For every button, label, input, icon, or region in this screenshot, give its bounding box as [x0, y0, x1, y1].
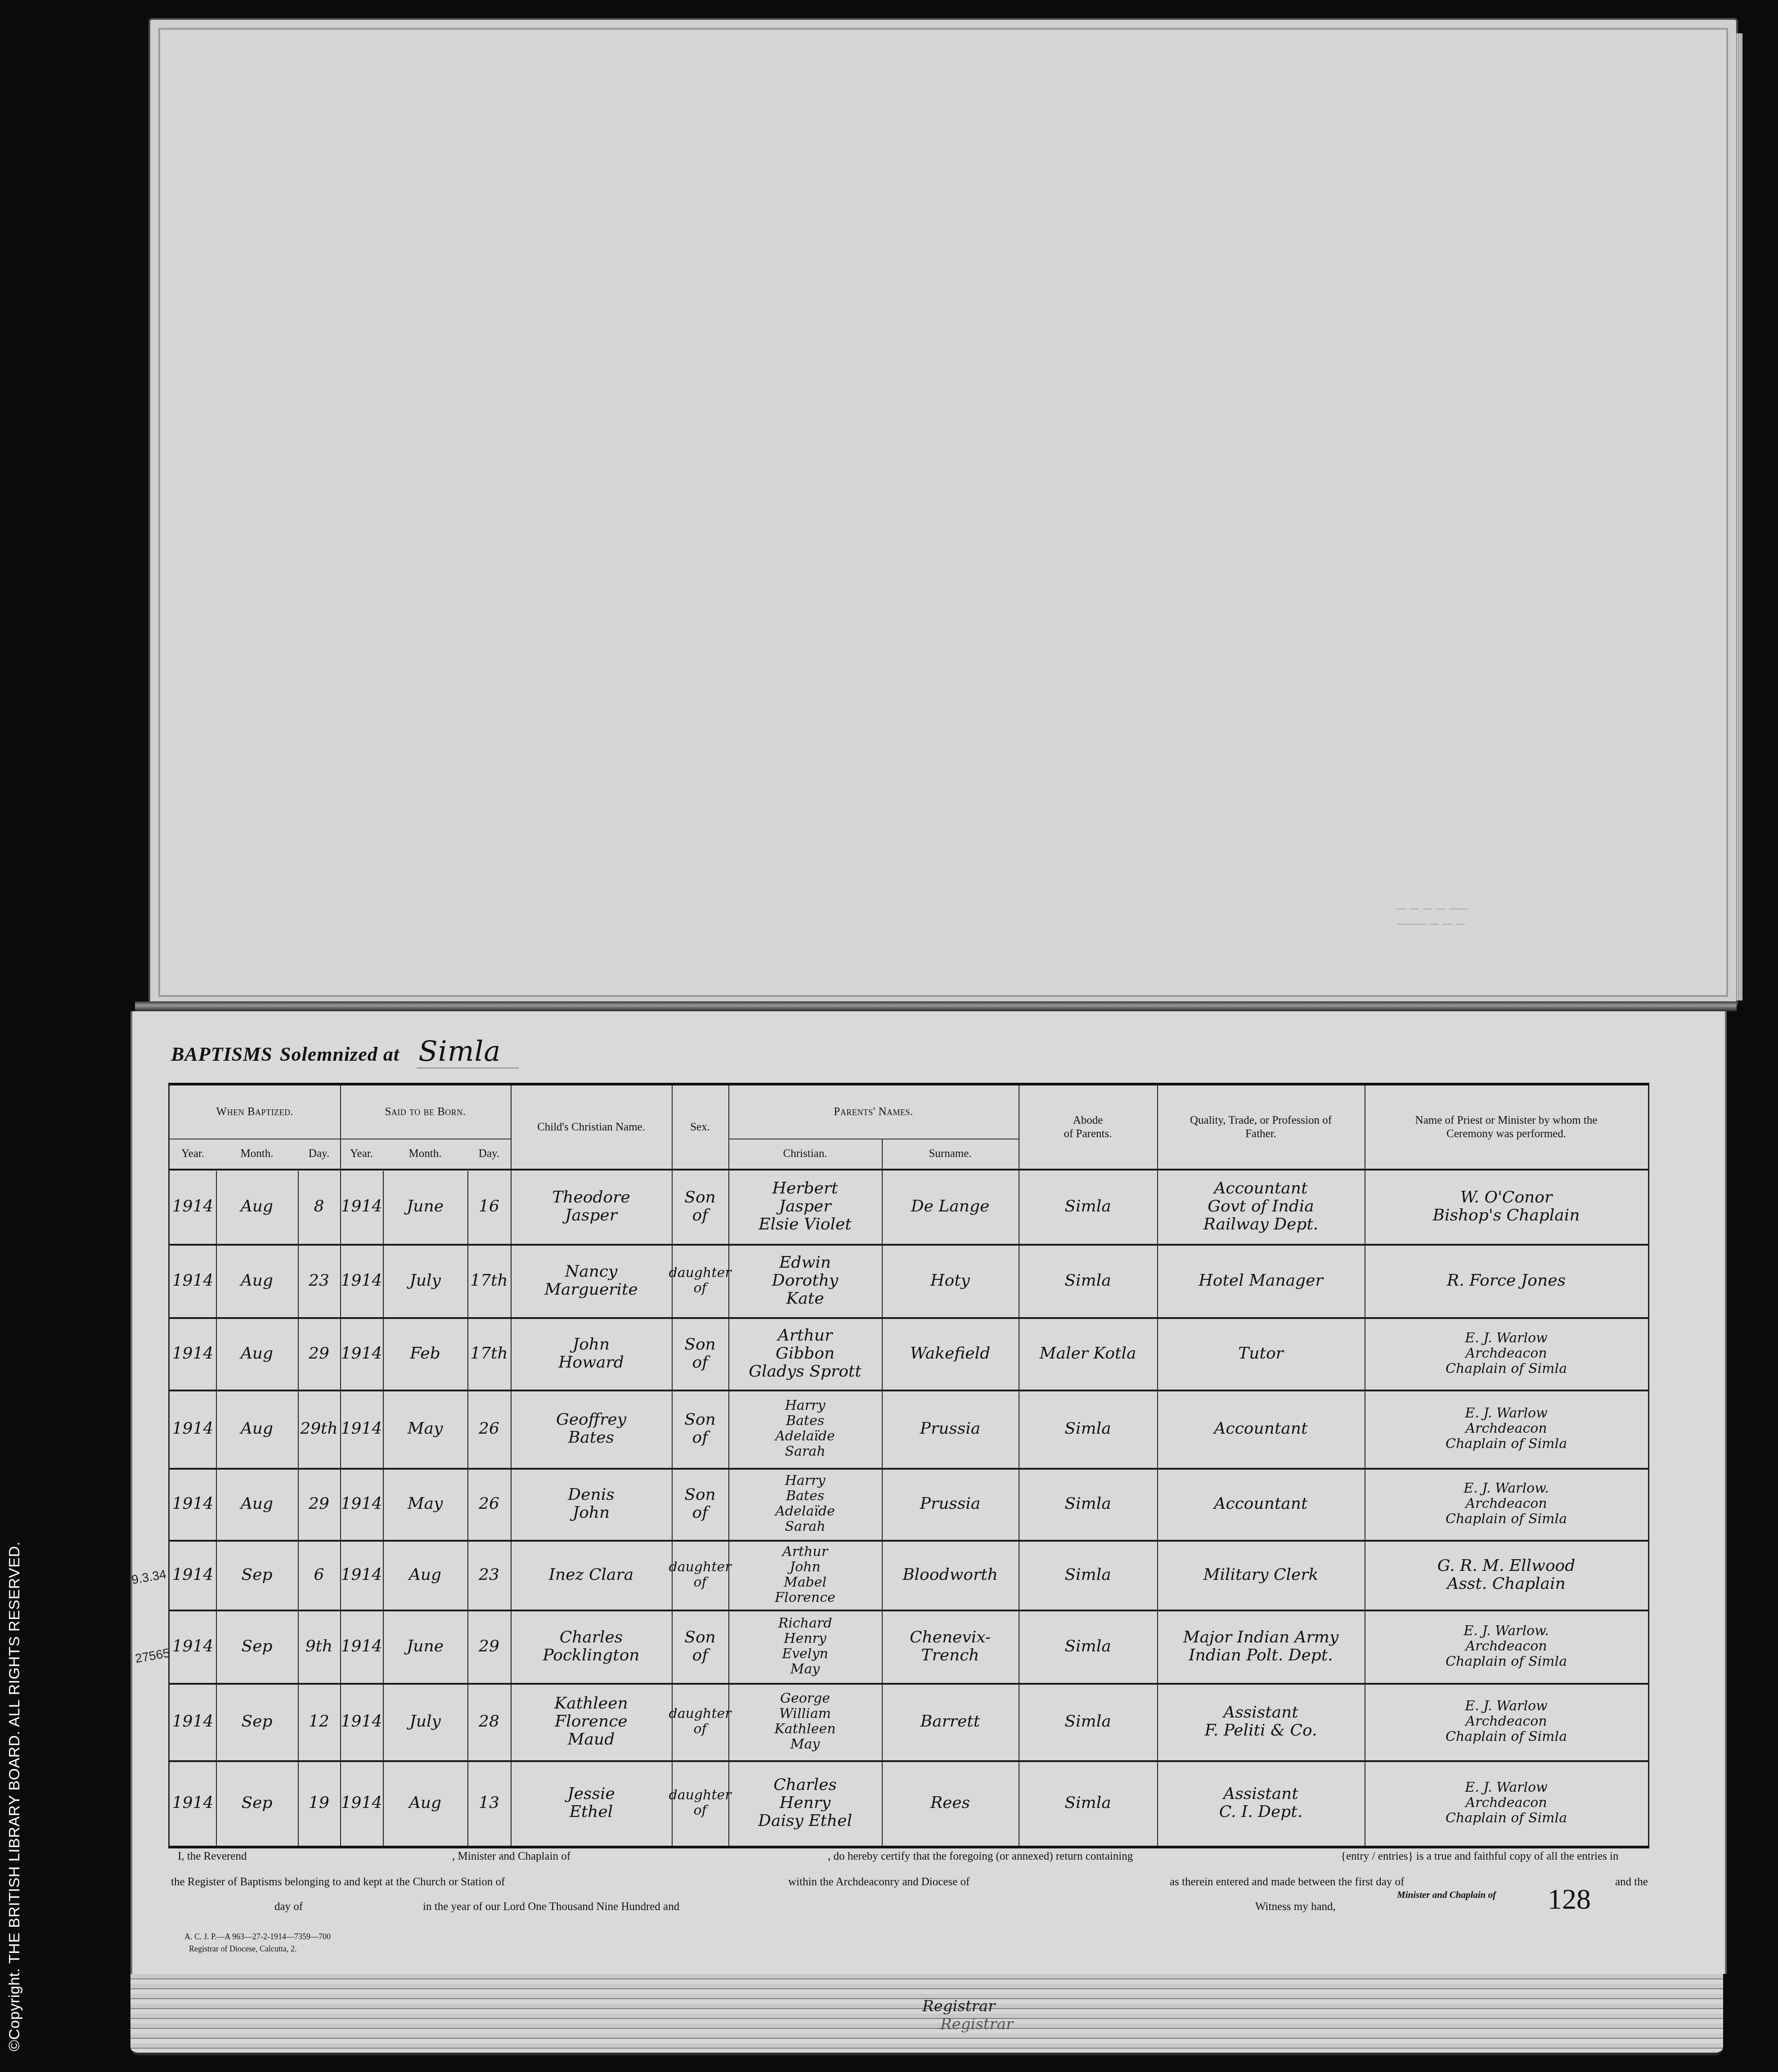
cell-parents-christian: EdwinDorothyKate [728, 1244, 882, 1317]
form-reference: A. C. J. P.—A 963—27-2-1914—7359—700 [184, 1932, 331, 1942]
header-parents-christian: Christian. [728, 1139, 882, 1169]
cell-parents-christian: CharlesHenryDaisy Ethel [728, 1760, 882, 1846]
cell-quality: Hotel Manager [1157, 1244, 1365, 1317]
header-bapt-day: Day. [298, 1139, 340, 1169]
cell-surname: Wakefield [882, 1317, 1019, 1390]
header-said-to-be-born: Said to be Born. [340, 1085, 511, 1139]
header-born-day: Day. [467, 1139, 511, 1169]
cell-bapt-day: 19 [298, 1760, 340, 1846]
cell-parents-christian: HarryBatesAdelaïdeSarah [728, 1390, 882, 1468]
cell-bapt-month: Sep [216, 1610, 298, 1683]
cell-parents-christian: HerbertJasperElsie Violet [728, 1169, 882, 1244]
cell-surname: De Lange [882, 1169, 1019, 1244]
cell-bapt-month: Sep [216, 1683, 298, 1760]
cell-child-name: Inez Clara [511, 1540, 672, 1610]
cell-parents-christian: GeorgeWilliamKathleenMay [728, 1683, 882, 1760]
header-when-baptized: When Baptized. [170, 1085, 340, 1139]
cell-bapt-day: 29 [298, 1468, 340, 1540]
cell-priest: E. J. WarlowArchdeaconChaplain of Simla [1365, 1760, 1648, 1846]
cert-certify: , do hereby certify that the foregoing (… [828, 1850, 1133, 1863]
header-child-name: Child's Christian Name. [511, 1085, 672, 1169]
cell-child-name: DenisJohn [511, 1468, 672, 1540]
cell-born-year: 1914 [340, 1317, 383, 1390]
cell-child-name: NancyMarguerite [511, 1244, 672, 1317]
cell-bapt-day: 8 [298, 1169, 340, 1244]
cell-born-month: Aug [383, 1760, 467, 1846]
cell-bapt-year: 1914 [170, 1244, 216, 1317]
cell-sex: daughterof [672, 1244, 728, 1317]
cell-born-day: 29 [467, 1610, 511, 1683]
cell-born-day: 17th [467, 1317, 511, 1390]
cell-born-year: 1914 [340, 1683, 383, 1760]
cell-born-year: 1914 [340, 1390, 383, 1468]
cell-child-name: GeoffreyBates [511, 1390, 672, 1468]
header-parents-names: Parents' Names. [728, 1085, 1019, 1139]
cell-born-month: Aug [383, 1540, 467, 1610]
header-bapt-month: Month. [216, 1139, 298, 1169]
cell-priest: E. J. WarlowArchdeaconChaplain of Simla [1365, 1317, 1648, 1390]
cell-child-name: TheodoreJasper [511, 1169, 672, 1244]
cell-sex: Sonof [672, 1390, 728, 1468]
cell-quality: Tutor [1157, 1317, 1365, 1390]
cell-sex: Sonof [672, 1468, 728, 1540]
cell-priest: E. J. WarlowArchdeaconChaplain of Simla [1365, 1683, 1648, 1760]
cell-surname: Barrett [882, 1683, 1019, 1760]
cell-bapt-year: 1914 [170, 1540, 216, 1610]
cell-bapt-day: 29th [298, 1390, 340, 1468]
cell-child-name: KathleenFlorenceMaud [511, 1683, 672, 1760]
cell-born-month: July [383, 1244, 467, 1317]
upper-blank-page: — — — — —— ——— — — — [148, 18, 1738, 1007]
cell-bapt-day: 6 [298, 1540, 340, 1610]
cell-priest: E. J. WarlowArchdeaconChaplain of Simla [1365, 1390, 1648, 1468]
cert-reverend: I, the Reverend [178, 1850, 247, 1863]
cell-bapt-year: 1914 [170, 1317, 216, 1390]
page-number: 128 [1548, 1883, 1591, 1916]
cell-bapt-year: 1914 [170, 1683, 216, 1760]
cert-true-copy: {entry / entries} is a true and faithful… [1341, 1850, 1619, 1863]
cell-bapt-month: Aug [216, 1244, 298, 1317]
cell-abode: Maler Kotla [1019, 1317, 1157, 1390]
header-abode: Abode of Parents. [1019, 1085, 1157, 1169]
signature-label: Minister and Chaplain of [1397, 1889, 1496, 1901]
cell-abode: Simla [1019, 1169, 1157, 1244]
cell-sex: Sonof [672, 1169, 728, 1244]
cell-bapt-day: 9th [298, 1610, 340, 1683]
cert-minister: , Minister and Chaplain of [452, 1850, 570, 1863]
cert-and-the: and the [1615, 1876, 1648, 1888]
cell-born-day: 23 [467, 1540, 511, 1610]
cert-register-of: the Register of Baptisms belonging to an… [171, 1876, 505, 1888]
cell-surname: Chenevix-Trench [882, 1610, 1019, 1683]
baptism-register-table: When Baptized. Said to be Born. Year. Mo… [168, 1083, 1649, 1848]
cell-born-day: 26 [467, 1468, 511, 1540]
cell-parents-christian: ArthurGibbonGladys Sprott [728, 1317, 882, 1390]
header-bapt-year: Year. [170, 1139, 216, 1169]
cell-parents-christian: RichardHenryEvelynMay [728, 1610, 882, 1683]
header-born-month: Month. [383, 1139, 467, 1169]
cell-sex: daughterof [672, 1760, 728, 1846]
cell-surname: Bloodworth [882, 1540, 1019, 1610]
cell-quality: AccountantGovt of IndiaRailway Dept. [1157, 1169, 1365, 1244]
cert-between: as therein entered and made between the … [1170, 1876, 1404, 1888]
cell-surname: Rees [882, 1760, 1019, 1846]
cell-born-day: 28 [467, 1683, 511, 1760]
cell-born-month: Feb [383, 1317, 467, 1390]
header-quality-trade: Quality, Trade, or Profession of Father. [1157, 1085, 1365, 1169]
book-gutter [135, 1001, 1737, 1011]
cell-born-month: May [383, 1468, 467, 1540]
cell-sex: daughterof [672, 1540, 728, 1610]
cell-child-name: CharlesPocklington [511, 1610, 672, 1683]
cell-born-year: 1914 [340, 1169, 383, 1244]
cell-bapt-year: 1914 [170, 1390, 216, 1468]
cell-priest: E. J. Warlow.ArchdeaconChaplain of Simla [1365, 1468, 1648, 1540]
cell-born-day: 16 [467, 1169, 511, 1244]
cell-bapt-year: 1914 [170, 1468, 216, 1540]
cell-bapt-month: Aug [216, 1169, 298, 1244]
cell-quality: AssistantF. Peliti & Co. [1157, 1683, 1365, 1760]
cert-day-of: day of [274, 1901, 303, 1913]
cell-priest: E. J. Warlow.ArchdeaconChaplain of Simla [1365, 1610, 1648, 1683]
cell-child-name: JessieEthel [511, 1760, 672, 1846]
cell-born-year: 1914 [340, 1468, 383, 1540]
cell-sex: Sonof [672, 1610, 728, 1683]
cell-born-year: 1914 [340, 1760, 383, 1846]
cell-abode: Simla [1019, 1610, 1157, 1683]
cert-witness: Witness my hand, [1255, 1901, 1336, 1913]
cell-bapt-year: 1914 [170, 1760, 216, 1846]
cell-quality: AssistantC. I. Dept. [1157, 1760, 1365, 1846]
cell-born-year: 1914 [340, 1610, 383, 1683]
cell-sex: daughterof [672, 1683, 728, 1760]
registrar-annotation: Registrar Registrar [922, 1997, 1013, 2033]
cell-priest: W. O'ConorBishop's Chaplain [1365, 1169, 1648, 1244]
cell-born-month: July [383, 1683, 467, 1760]
page-stack-edge [1736, 33, 1742, 1000]
cell-parents-christian: ArthurJohnMabelFlorence [728, 1540, 882, 1610]
cell-born-month: June [383, 1610, 467, 1683]
register-place: Simla [417, 1035, 519, 1068]
cert-year-of-lord: in the year of our Lord One Thousand Nin… [423, 1901, 679, 1913]
register-title: BAPTISMS Solemnized at Simla [171, 1035, 519, 1067]
cell-priest: G. R. M. EllwoodAsst. Chaplain [1365, 1540, 1648, 1610]
cell-bapt-day: 29 [298, 1317, 340, 1390]
cert-diocese: within the Archdeaconry and Diocese of [788, 1876, 970, 1888]
cell-surname: Prussia [882, 1468, 1019, 1540]
header-priest: Name of Priest or Minister by whom the C… [1365, 1085, 1648, 1169]
cell-bapt-month: Aug [216, 1468, 298, 1540]
cell-quality: Accountant [1157, 1468, 1365, 1540]
cell-quality: Accountant [1157, 1390, 1365, 1468]
cell-sex: Sonof [672, 1317, 728, 1390]
cell-priest: R. Force Jones [1365, 1244, 1648, 1317]
cell-bapt-month: Sep [216, 1540, 298, 1610]
copyright-notice: ©Copyright. THE BRITISH LIBRARY BOARD. A… [4, 1377, 25, 2051]
cell-born-year: 1914 [340, 1540, 383, 1610]
cell-born-month: May [383, 1390, 467, 1468]
cell-bapt-day: 12 [298, 1683, 340, 1760]
cell-born-year: 1914 [340, 1244, 383, 1317]
cell-born-month: June [383, 1169, 467, 1244]
cell-quality: Major Indian ArmyIndian Polt. Dept. [1157, 1610, 1365, 1683]
cell-bapt-day: 23 [298, 1244, 340, 1317]
cell-bapt-month: Sep [216, 1760, 298, 1846]
cell-bapt-year: 1914 [170, 1169, 216, 1244]
header-parents-surname: Surname. [882, 1139, 1019, 1169]
cell-abode: Simla [1019, 1468, 1157, 1540]
cell-child-name: JohnHoward [511, 1317, 672, 1390]
cell-born-day: 17th [467, 1244, 511, 1317]
bleed-through-text: — — — — —— ——— — — — [1396, 901, 1468, 932]
cell-abode: Simla [1019, 1390, 1157, 1468]
cell-abode: Simla [1019, 1760, 1157, 1846]
cell-abode: Simla [1019, 1683, 1157, 1760]
cell-surname: Hoty [882, 1244, 1019, 1317]
cell-born-day: 13 [467, 1760, 511, 1846]
cell-parents-christian: HarryBatesAdelaïdeSarah [728, 1468, 882, 1540]
header-sex: Sex. [672, 1085, 728, 1169]
cell-bapt-month: Aug [216, 1317, 298, 1390]
cell-born-day: 26 [467, 1390, 511, 1468]
form-registrar: Registrar of Diocese, Calcutta, 2. [189, 1944, 296, 1954]
cell-quality: Military Clerk [1157, 1540, 1365, 1610]
cell-abode: Simla [1019, 1540, 1157, 1610]
cell-surname: Prussia [882, 1390, 1019, 1468]
cell-bapt-year: 1914 [170, 1610, 216, 1683]
cell-abode: Simla [1019, 1244, 1157, 1317]
header-born-year: Year. [340, 1139, 383, 1169]
cell-bapt-month: Aug [216, 1390, 298, 1468]
